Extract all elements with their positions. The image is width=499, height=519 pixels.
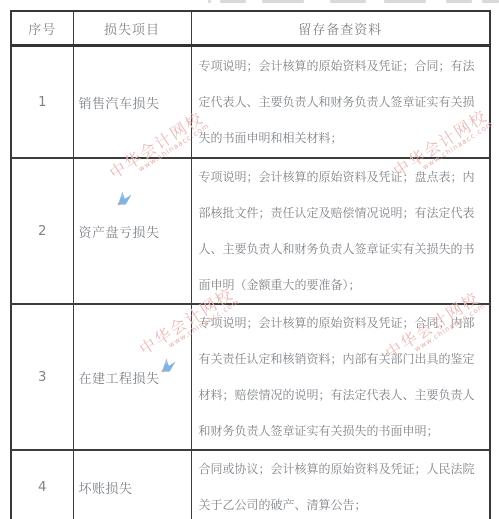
cell-serial-number: 2 [11,158,73,304]
cell-serial-number: 1 [11,46,73,159]
cell-loss-item: 资产盘亏损失 [73,158,191,304]
loss-items-table: 序号 损失项目 留存备查资料 1 销售汽车损失 专项说明；会计核算的原始资料及凭… [10,10,491,519]
cell-loss-item: 销售汽车损失 [73,46,191,159]
header-row: 序号 损失项目 留存备查资料 [11,11,490,46]
header-loss-item: 损失项目 [73,11,191,46]
table-row: 3 在建工程损失 专项说明；会计核算的原始资料及凭证；合同；内部有关责任认定和核… [11,304,490,450]
cell-loss-item: 坏账损失 [73,450,191,519]
cell-serial-number: 4 [11,450,73,519]
cell-serial-number: 3 [11,304,73,450]
cell-retained-materials: 专项说明；会计核算的原始资料及凭证；盘点表；内部核批文件；责任认定及赔偿情况说明… [191,158,490,304]
table-body: 1 销售汽车损失 专项说明；会计核算的原始资料及凭证；合同；有法定代表人、主要负… [11,46,490,519]
cell-retained-materials: 专项说明；会计核算的原始资料及凭证；合同；有法定代表人、主要负责人和财务负责人签… [191,46,490,159]
header-retained-materials: 留存备查资料 [191,11,490,46]
table-header: 序号 损失项目 留存备查资料 [11,11,490,46]
header-serial-number: 序号 [11,11,73,46]
cropped-artifact-dashes [0,0,499,6]
cell-retained-materials: 专项说明；会计核算的原始资料及凭证；合同；内部有关责任认定和核销资料；内部有关部… [191,304,490,450]
cell-retained-materials: 合同或协议；会计核算的原始资料及凭证；人民法院关于乙公司的破产、清算公告； [191,450,490,519]
table-row: 2 资产盘亏损失 专项说明；会计核算的原始资料及凭证；盘点表；内部核批文件；责任… [11,158,490,304]
cell-loss-item: 在建工程损失 [73,304,191,450]
document-page: 序号 损失项目 留存备查资料 1 销售汽车损失 专项说明；会计核算的原始资料及凭… [0,0,499,519]
table-row: 1 销售汽车损失 专项说明；会计核算的原始资料及凭证；合同；有法定代表人、主要负… [11,46,490,159]
table-row: 4 坏账损失 合同或协议；会计核算的原始资料及凭证；人民法院关于乙公司的破产、清… [11,450,490,519]
